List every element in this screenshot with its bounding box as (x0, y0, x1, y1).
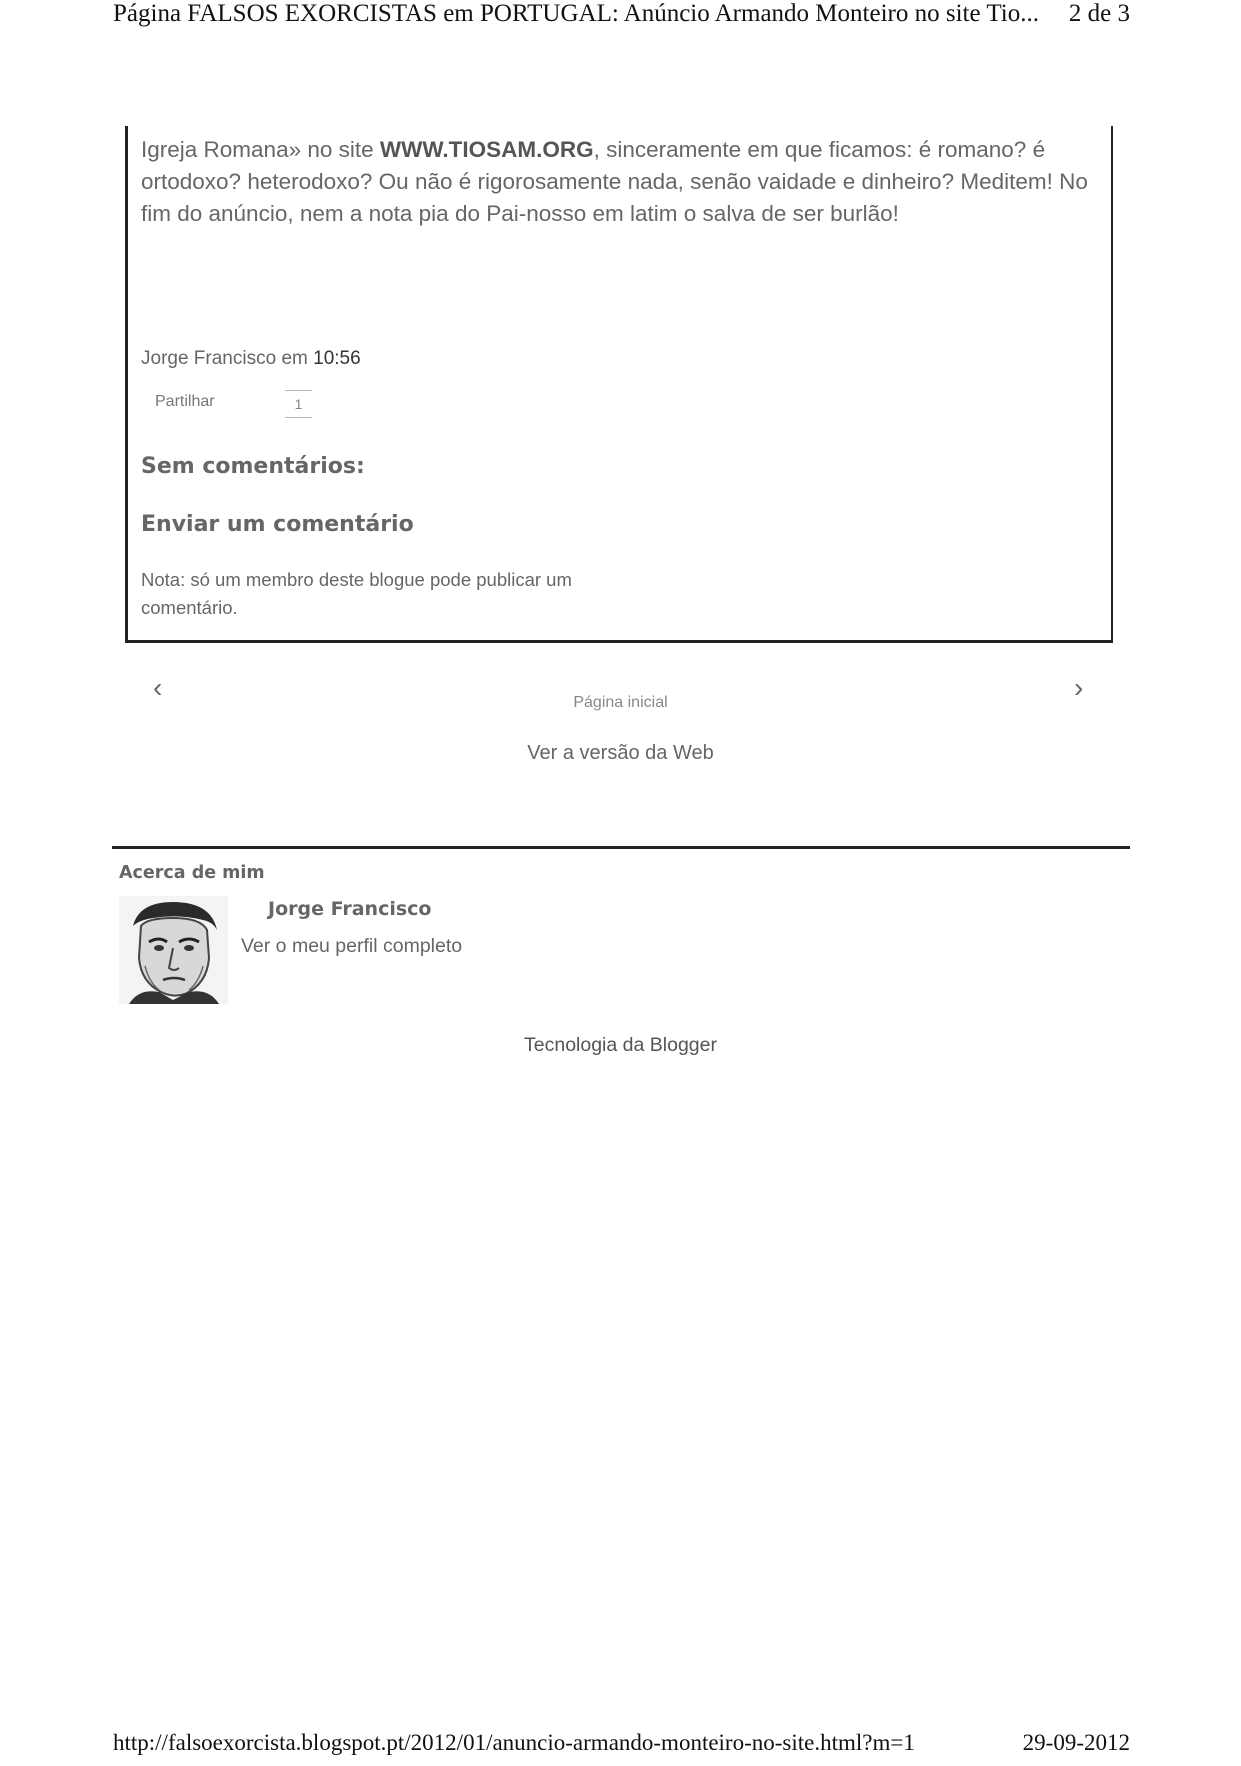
web-version: Ver a versão da Web (0, 742, 1241, 765)
print-footer: http://falsoexorcista.blogspot.pt/2012/0… (113, 1730, 1130, 1764)
post-body-link: WWW.TIOSAM.ORG (380, 137, 594, 162)
print-footer-date: 29-09-2012 (1023, 1730, 1130, 1756)
web-version-link[interactable]: Ver a versão da Web (527, 742, 713, 764)
comments-heading: Sem comentários: (141, 454, 365, 479)
avatar[interactable] (119, 896, 228, 1004)
print-header: Página FALSOS EXORCISTAS em PORTUGAL: An… (113, 0, 1130, 34)
post-body: Igreja Romana» no site WWW.TIOSAM.ORG, s… (141, 134, 1101, 230)
portrait-icon (119, 896, 228, 1004)
chevron-right-icon[interactable]: › (1074, 672, 1083, 704)
about-title: Acerca de mim (119, 863, 265, 883)
share-count: 1 (285, 390, 312, 418)
print-page-number: 2 de 3 (1069, 0, 1130, 28)
print-header-title: Página FALSOS EXORCISTAS em PORTUGAL: An… (113, 0, 1039, 28)
comment-note: Nota: só um membro deste blogue pode pub… (141, 566, 591, 622)
home-link: Página inicial (0, 694, 1241, 712)
post-container: Igreja Romana» no site WWW.TIOSAM.ORG, s… (125, 126, 1113, 643)
powered-by-link[interactable]: Tecnologia da Blogger (524, 1034, 717, 1056)
post-body-text: Igreja Romana» no site (141, 137, 380, 162)
send-comment-heading: Enviar um comentário (141, 512, 414, 537)
profile-link[interactable]: Ver o meu perfil completo (241, 935, 462, 958)
section-divider (112, 846, 1130, 849)
post-meta-at: em (276, 348, 313, 369)
author-name[interactable]: Jorge Francisco (268, 898, 431, 920)
print-footer-url: http://falsoexorcista.blogspot.pt/2012/0… (113, 1730, 915, 1756)
share-button[interactable]: Partilhar (155, 393, 215, 411)
post-author[interactable]: Jorge Francisco (141, 348, 276, 369)
post-time[interactable]: 10:56 (313, 348, 361, 369)
powered-by: Tecnologia da Blogger (0, 1034, 1241, 1057)
home-link-label[interactable]: Página inicial (573, 694, 667, 711)
post-meta: Jorge Francisco em 10:56 (141, 348, 361, 370)
